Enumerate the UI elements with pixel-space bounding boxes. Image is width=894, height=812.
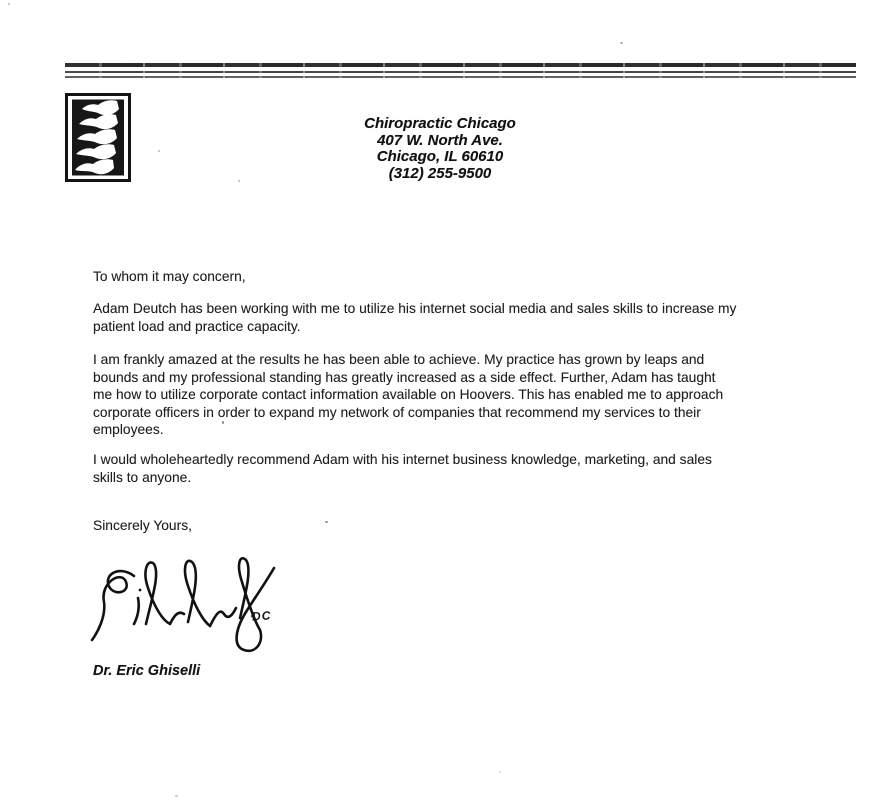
salutation: To whom it may concern, [93, 268, 853, 286]
paragraph-recommendation: I would wholeheartedly recommend Adam wi… [93, 451, 853, 486]
signatory-name: Dr. Eric Ghiselli [93, 663, 200, 679]
letterhead-rule [65, 63, 856, 78]
org-name: Chiropractic Chicago [290, 116, 590, 133]
scan-speckle [325, 521, 328, 523]
scan-speckle [175, 795, 178, 797]
rule-line-thin [65, 71, 856, 73]
rule-line-thin [65, 76, 856, 78]
scan-speckle [499, 771, 501, 773]
scan-speckle [222, 421, 224, 424]
scan-speckle [238, 180, 240, 182]
org-address-street: 407 W. North Ave. [290, 133, 590, 150]
letterhead-block: Chiropractic Chicago 407 W. North Ave. C… [290, 116, 590, 182]
scanned-letter-page: Chiropractic Chicago 407 W. North Ave. C… [0, 0, 894, 812]
paragraph-results: I am frankly amazed at the results he ha… [93, 351, 853, 439]
scan-speckle [8, 3, 10, 5]
org-address-city: Chicago, IL 60610 [290, 149, 590, 166]
signature-credential: DC [252, 608, 272, 623]
org-phone: (312) 255-9500 [290, 166, 590, 183]
spine-logo-icon [65, 93, 131, 182]
scan-speckle [620, 42, 623, 44]
closing: Sincerely Yours, [93, 517, 853, 535]
paragraph-intro: Adam Deutch has been working with me to … [93, 300, 853, 335]
scan-speckle [158, 150, 160, 152]
rule-line-thick [65, 63, 856, 67]
